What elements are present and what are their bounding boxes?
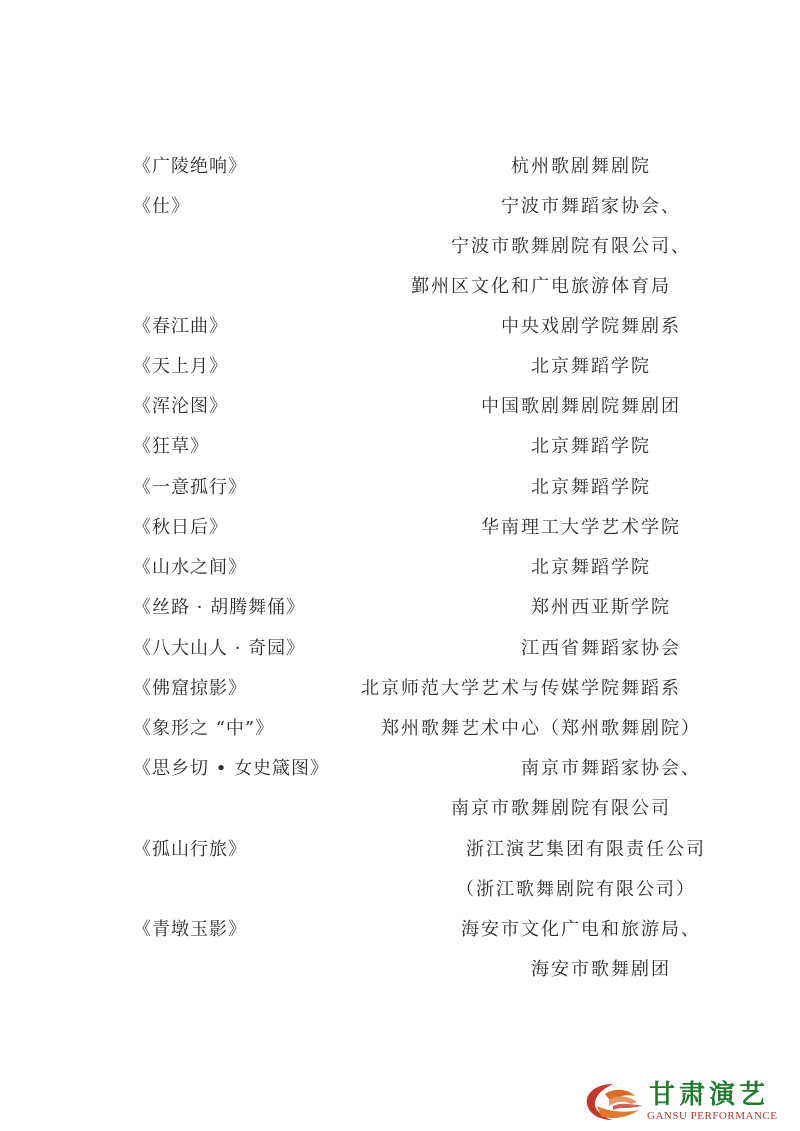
entry-org: （浙江歌舞剧院有限公司） — [456, 879, 696, 901]
entry-title: 《春江曲》 — [133, 316, 228, 338]
entry-title: 《一意孤行》 — [133, 477, 247, 499]
entry-org: 宁波市歌舞剧院有限公司、 — [451, 236, 691, 258]
entry-org: 浙江演艺集团有限责任公司 — [466, 839, 706, 861]
entry-title: 《青墩玉影》 — [133, 919, 247, 941]
entry-org: 华南理工大学艺术学院 — [481, 517, 681, 539]
entry-org: 北京舞蹈学院 — [531, 557, 651, 579]
entry-title: 《浑沦图》 — [133, 396, 228, 418]
entry-title: 《思乡切 • 女史箴图》 — [133, 758, 329, 780]
entry-org: 中国歌剧舞剧院舞剧团 — [481, 396, 681, 418]
entry-title: 《佛窟掠影》 — [133, 678, 247, 700]
entry-org: 南京市舞蹈家协会、 — [521, 758, 701, 780]
entry-org: 北京舞蹈学院 — [531, 436, 651, 458]
entry-org: 海安市歌舞剧团 — [531, 959, 671, 981]
entry-title: 《仕》 — [133, 196, 190, 218]
entry-org: 郑州西亚斯学院 — [531, 597, 671, 619]
entry-org: 宁波市舞蹈家协会、 — [501, 196, 681, 218]
entry-title: 《山水之间》 — [133, 557, 247, 579]
entry-title: 《八大山人 · 奇园》 — [133, 638, 305, 660]
entry-title: 《狂草》 — [133, 436, 209, 458]
entry-org: 海安市文化广电和旅游局、 — [461, 919, 701, 941]
entry-title: 《秋日后》 — [133, 517, 228, 539]
entry-title: 《天上月》 — [133, 356, 228, 378]
entry-org: 杭州歌剧舞剧院 — [511, 156, 651, 178]
gansu-performance-logo: 甘肃演艺 GANSU PERFORMANCE — [583, 1080, 793, 1126]
entry-org: 北京舞蹈学院 — [531, 356, 651, 378]
entry-org: 鄞州区文化和广电旅游体育局 — [411, 276, 671, 298]
entry-title: 《象形之 “中”》 — [133, 718, 274, 740]
entry-title: 《广陵绝响》 — [133, 156, 247, 178]
entry-title: 《丝路 · 胡腾舞俑》 — [133, 597, 305, 619]
entry-org: 北京舞蹈学院 — [531, 477, 651, 499]
logo-chinese-name: 甘肃演艺 — [649, 1080, 769, 1110]
entry-title: 《孤山行旅》 — [133, 839, 247, 861]
entry-org: 中央戏剧学院舞剧系 — [501, 316, 681, 338]
entry-org: 北京师范大学艺术与传媒学院舞蹈系 — [361, 678, 681, 700]
entry-org: 江西省舞蹈家协会 — [521, 638, 681, 660]
entry-org: 郑州歌舞艺术中心（郑州歌舞剧院） — [381, 718, 701, 740]
logo-english-name: GANSU PERFORMANCE — [647, 1109, 777, 1123]
entry-org: 南京市歌舞剧院有限公司 — [451, 798, 671, 820]
phoenix-emblem-icon — [583, 1080, 651, 1124]
